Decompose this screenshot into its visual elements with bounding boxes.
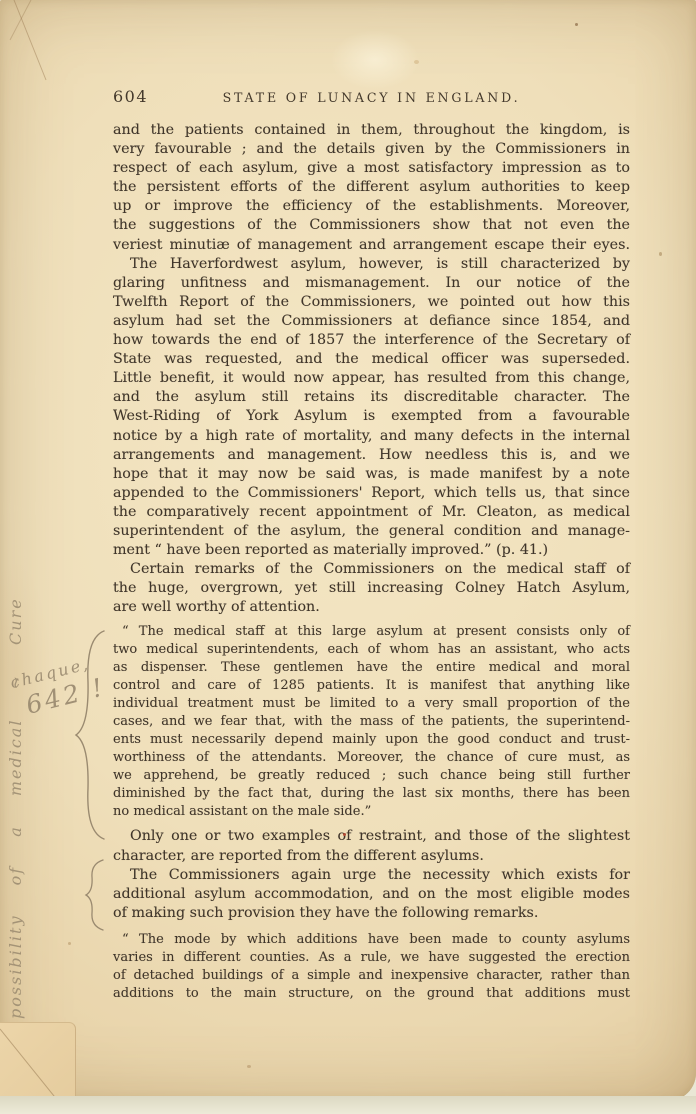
text-line: up or improve the efficiency of the esta… (113, 197, 630, 216)
text-line: The Haverfordwest asylum, however, is st… (113, 255, 630, 274)
text-line: hope that it may now be said was, is mad… (113, 465, 630, 484)
paper-speck (414, 60, 419, 64)
paper-speck (343, 833, 346, 836)
scanned-page: 604 STATE OF LUNACY IN ENGLAND. and the … (0, 0, 696, 1101)
text-line: the comparatively recent appointment of … (113, 503, 630, 522)
text-line: additional asylum accommodation, and on … (113, 885, 630, 904)
text-line: the huge, overgrown, yet still increasin… (113, 579, 630, 598)
text-line: glaring unfitness and mismanagement. In … (113, 274, 630, 293)
paper-speck (68, 942, 71, 945)
paragraph: Certain remarks of the Commissioners on … (113, 560, 630, 617)
pencil-brace-small-icon (82, 858, 108, 932)
text-line: arrangements and management. How needles… (113, 446, 630, 465)
text-line: veriest minutiæ of management and arrang… (113, 236, 630, 255)
text-line: cases, and we fear that, with the mass o… (113, 713, 630, 731)
text-line: worthiness of the attendants. Moreover, … (113, 749, 630, 767)
text-line: additions to the main structure, on the … (113, 985, 630, 1003)
paper-speck (575, 23, 578, 26)
text-line: of making such provision they have the f… (113, 904, 630, 923)
folded-corner-patch (0, 1022, 76, 1101)
text-line: how towards the end of 1857 the interfer… (113, 331, 630, 350)
text-line: very favourable ; and the details given … (113, 140, 630, 159)
paragraph: “ The mode by which additions have been … (113, 931, 630, 1003)
surface-below-page (0, 1096, 696, 1114)
paper-speck (659, 252, 662, 256)
text-line: West-Riding of York Asylum is exempted f… (113, 407, 630, 426)
text-line: ment “ have been reported as materially … (113, 541, 630, 560)
text-column: and the patients contained in them, thro… (113, 121, 630, 1003)
paper-stain (330, 30, 420, 90)
text-line: diminished by the fact that, during the … (113, 785, 630, 803)
text-line: asylum had set the Commissioners at defi… (113, 312, 630, 331)
text-line: the suggestions of the Commissioners sho… (113, 216, 630, 235)
text-line: of detached buildings of a simple and in… (113, 967, 630, 985)
paragraph: The Haverfordwest asylum, however, is st… (113, 255, 630, 561)
paper-speck (247, 1065, 251, 1068)
paragraph: “ The medical staff at this large asylum… (113, 623, 630, 821)
text-line: control and care of 1285 patients. It is… (113, 677, 630, 695)
text-line: “ The medical staff at this large asylum… (113, 623, 630, 641)
paragraph: and the patients contained in them, thro… (113, 121, 630, 255)
text-line: we apprehend, be greatly reduced ; such … (113, 767, 630, 785)
text-line: superintendent of the asylum, the genera… (113, 522, 630, 541)
text-line: no medical assistant on the male side.” (113, 803, 630, 821)
text-line: The Commissioners again urge the necessi… (113, 866, 630, 885)
text-line: notice by a high rate of mortality, and … (113, 427, 630, 446)
text-line: ents must necessarily depend mainly upon… (113, 731, 630, 749)
pencil-brace-large-icon (70, 628, 110, 842)
running-title: STATE OF LUNACY IN ENGLAND. (113, 90, 630, 105)
text-line: and the asylum still retains its discred… (113, 388, 630, 407)
text-line: two medical superintendents, each of who… (113, 641, 630, 659)
text-line: “ The mode by which additions have been … (113, 931, 630, 949)
text-line: State was requested, and the medical off… (113, 350, 630, 369)
running-head: 604 STATE OF LUNACY IN ENGLAND. (113, 87, 630, 107)
text-line: Little benefit, it would now appear, has… (113, 369, 630, 388)
text-line: appended to the Commissioners' Report, w… (113, 484, 630, 503)
text-line: Only one or two examples of restraint, a… (113, 827, 630, 846)
handwritten-margin-note: no possibility of a medical ~ Cure (6, 527, 25, 1072)
paragraph: The Commissioners again urge the necessi… (113, 866, 630, 923)
text-line: varies in different counties. As a rule,… (113, 949, 630, 967)
text-line: respect of each asylum, give a most sati… (113, 159, 630, 178)
text-line: are well worthy of attention. (113, 598, 630, 617)
text-line: and the patients contained in them, thro… (113, 121, 630, 140)
text-line: character, are reported from the differe… (113, 847, 630, 866)
paragraph: Only one or two examples of restraint, a… (113, 827, 630, 865)
page-crease (0, 0, 60, 90)
text-line: Certain remarks of the Commissioners on … (113, 560, 630, 579)
text-line: individual treatment must be limited to … (113, 695, 630, 713)
text-line: the persistent efforts of the different … (113, 178, 630, 197)
text-line: Twelfth Report of the Commissioners, we … (113, 293, 630, 312)
text-line: as dispenser. These gentlemen have the e… (113, 659, 630, 677)
